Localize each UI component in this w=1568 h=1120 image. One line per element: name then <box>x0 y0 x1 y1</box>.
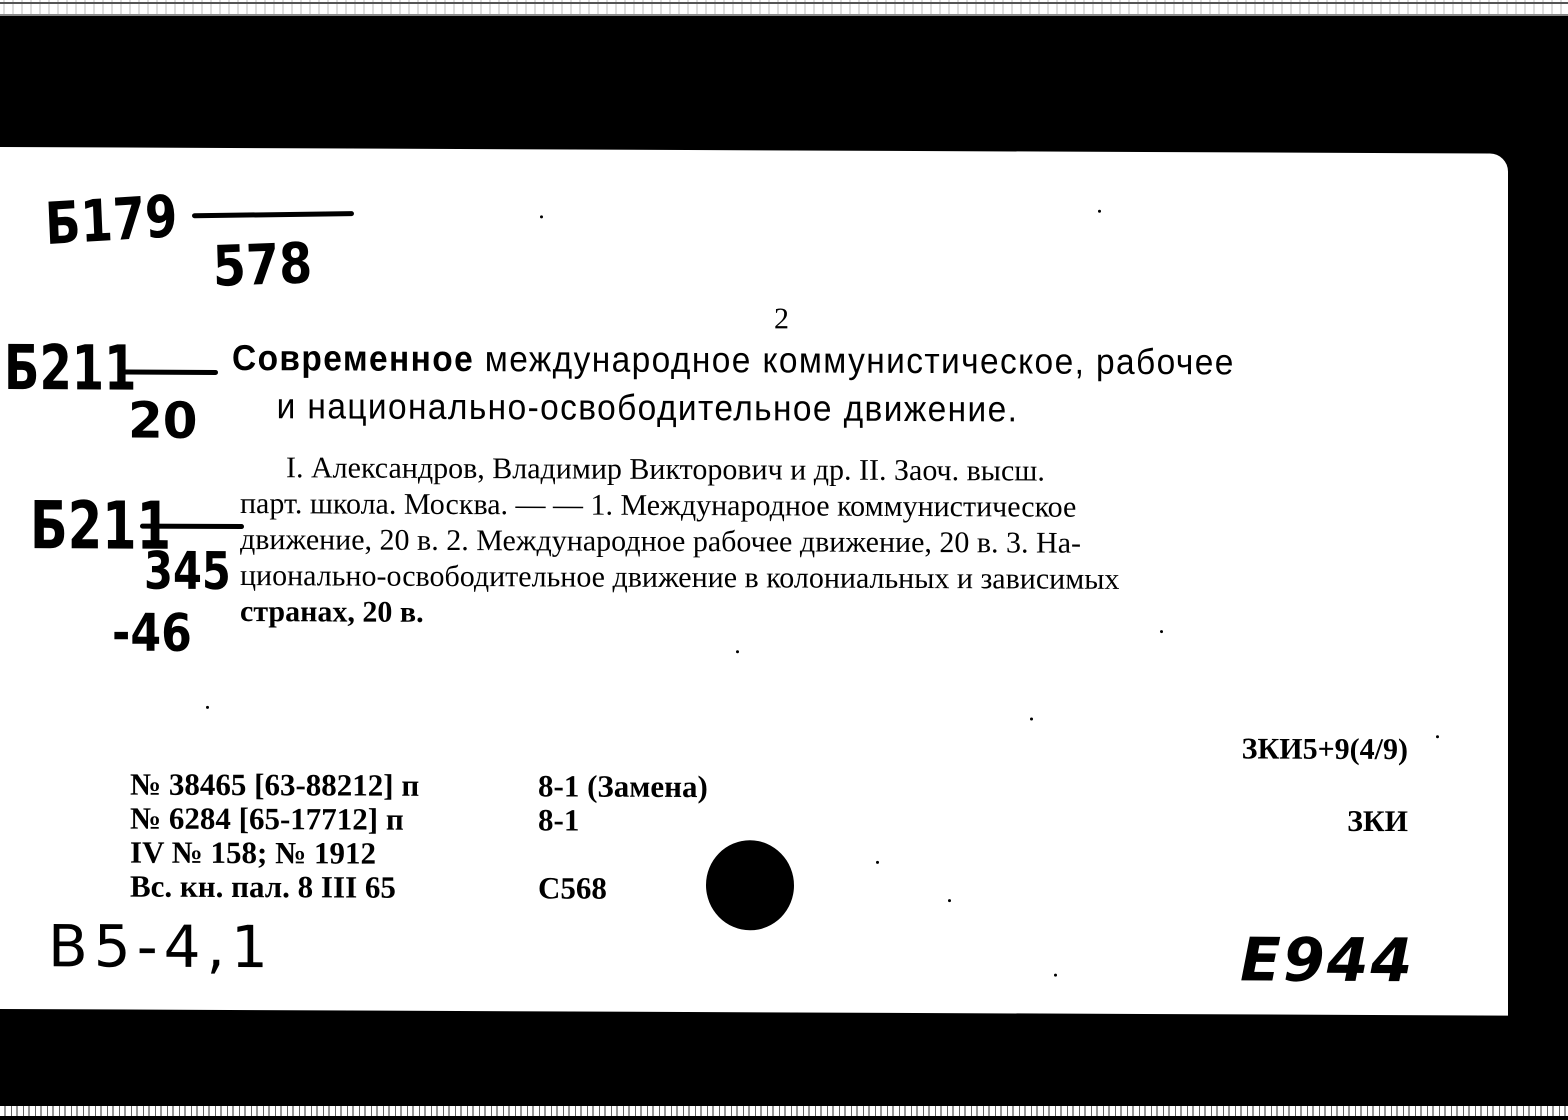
imprint-line <box>538 837 708 872</box>
imprint-line: 8-1 (Замена) <box>538 769 708 804</box>
imprint-right: 8-1 (Замена) 8-1 С568 <box>538 769 708 906</box>
handwritten-bottom-left: В5-4,1 <box>48 917 274 976</box>
speck <box>876 861 879 864</box>
handwritten-shelf-2-denominator: 345 <box>144 546 231 598</box>
fraction-line <box>118 370 218 375</box>
speck <box>540 215 543 218</box>
imprint-line: С568 <box>538 871 708 906</box>
fraction-line <box>140 524 244 529</box>
speck <box>1098 210 1101 213</box>
title-rest-line-1: международное коммунистическое, рабочее <box>485 338 1235 382</box>
speck <box>1030 717 1033 720</box>
handwritten-mark-top-denominator: 578 <box>212 236 313 296</box>
speck <box>736 650 739 653</box>
imprint-line: № 6284 [65-17712] п <box>130 802 419 837</box>
handwritten-bottom-right: Е944 <box>1240 930 1414 991</box>
card-description: I. Александров, Владимир Викторович и др… <box>240 450 1412 635</box>
classification-short: ЗКИ <box>1347 805 1408 839</box>
speck <box>1160 630 1163 633</box>
speck <box>948 899 951 902</box>
description-line: ционально-освободительное движение в кол… <box>240 558 1412 599</box>
imprint-left: № 38465 [63-88212] п № 6284 [65-17712] п… <box>130 768 419 905</box>
description-line: парт. школа. Москва. — — 1. Международно… <box>240 486 1412 527</box>
volume-number: 2 <box>774 302 789 336</box>
scan-edge-bottom <box>0 1106 1568 1116</box>
description-line: движение, 20 в. 2. Международное рабочее… <box>240 522 1412 563</box>
handwritten-shelf-2-extra: -46 <box>112 607 192 659</box>
handwritten-shelf-1-denominator: 20 <box>128 396 198 446</box>
imprint-line: № 38465 [63-88212] п <box>130 768 419 803</box>
title-bold-part: Современное <box>232 337 474 379</box>
description-line: I. Александров, Владимир Викторович и др… <box>240 450 1412 491</box>
card-title: Современное международное коммунистическ… <box>232 334 1235 434</box>
classification-full: ЗКИ5+9(4/9) <box>1242 732 1408 767</box>
imprint-line: Вс. кн. пал. 8 III 65 <box>130 870 419 905</box>
handwritten-mark-top-numerator: Б179 <box>44 187 178 253</box>
handwritten-shelf-1-numerator: Б211 <box>4 337 137 400</box>
scan-edge-top <box>0 0 1568 16</box>
speck <box>1054 974 1057 977</box>
punch-hole <box>706 840 794 930</box>
catalog-card: Б179 578 Б211 20 Б211 345 -46 2 Современ… <box>0 147 1508 1016</box>
imprint-line: IV № 158; № 1912 <box>130 836 419 871</box>
imprint-line: 8-1 <box>538 803 708 838</box>
title-line-2: и национально-освободительное движение. <box>232 385 1018 429</box>
speck <box>206 706 209 709</box>
fraction-line <box>192 211 354 218</box>
description-last-line: странах, 20 в. <box>240 594 1412 635</box>
speck <box>1436 735 1439 738</box>
